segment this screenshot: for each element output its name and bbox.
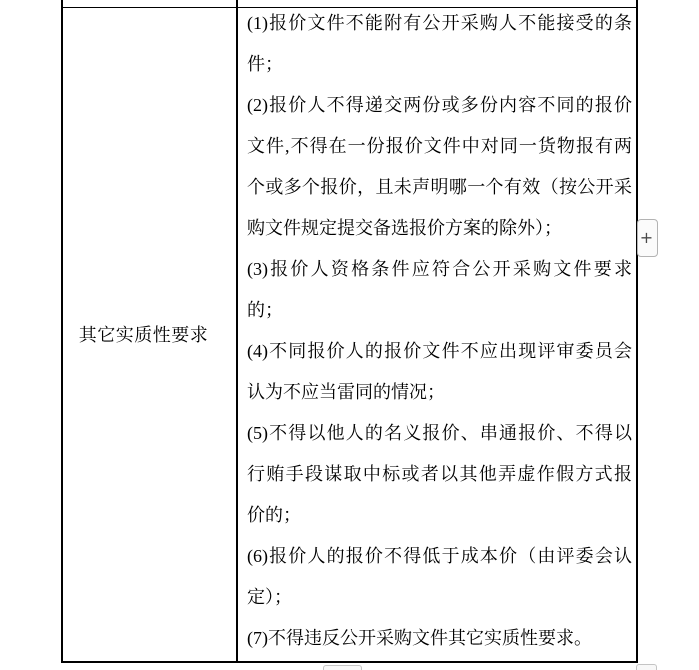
content-line: 行贿手段谋取中标或者以其他弄虚作假方式报 [247,454,632,495]
plus-icon: + [640,230,653,246]
row-label-text: 其它实质性要求 [79,321,209,347]
content-line: 购文件规定提交备选报价方案的除外）； [247,208,632,249]
content-line: 认为不应当雷同的情况； [247,372,632,413]
add-row-button-partial[interactable] [323,665,362,670]
content-line: (4)不同报价人的报价文件不应出现评审委员会 [247,331,632,372]
content-line: 文件,不得在一份报价文件中对同一货物报有两 [247,126,632,167]
content-line: (3)报价人资格条件应符合公开采购文件要求 [247,249,632,290]
add-cell-button-partial[interactable] [636,664,657,670]
content-line: (6)报价人的报价不得低于成本价（由评委会认 [247,536,632,577]
table-border-right [636,0,638,663]
table-column-divider [236,0,238,663]
content-line: (5)不得以他人的名义报价、串通报价、不得以 [247,413,632,454]
table-border-bottom [61,661,638,663]
content-line: 的； [247,290,632,331]
document-page: 其它实质性要求 (1)报价文件不能附有公开采购人不能接受的条件；(2)报价人不得… [0,0,699,670]
content-line: (7)不得违反公开采购文件其它实质性要求。 [247,618,632,659]
table-cell-row-label[interactable]: 其它实质性要求 [63,7,236,661]
table-cell-content[interactable]: (1)报价文件不能附有公开采购人不能接受的条件；(2)报价人不得递交两份或多份内… [247,3,632,661]
content-line: 个或多个报价，且未声明哪一个有效（按公开采 [247,167,632,208]
content-line: (1)报价文件不能附有公开采购人不能接受的条 [247,3,632,44]
content-line: 价的； [247,495,632,536]
content-line: (2)报价人不得递交两份或多份内容不同的报价 [247,85,632,126]
insert-column-button[interactable]: + [637,219,658,257]
content-line: 件； [247,44,632,85]
content-line: 定）； [247,577,632,618]
